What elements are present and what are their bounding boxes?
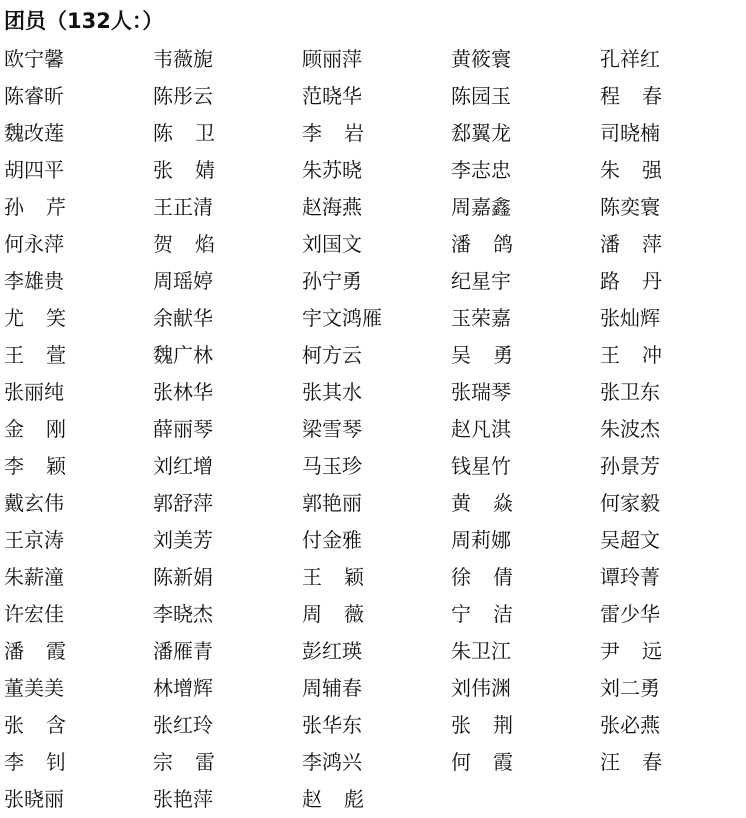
member-name: 许宏佳 (4, 596, 66, 633)
member-name: 余献华 (153, 300, 215, 337)
name-character: 焱 (493, 485, 513, 522)
member-name: 梁雪琴 (302, 411, 364, 448)
member-name: 陈睿昕 (4, 78, 66, 115)
member-name: 孙芹 (4, 189, 66, 226)
name-character: 雷 (195, 744, 215, 781)
name-character: 婧 (195, 152, 215, 189)
member-name: 周薇 (302, 596, 364, 633)
member-name: 朱薪潼 (4, 559, 66, 596)
name-character: 潘 (600, 226, 620, 263)
member-name: 宁洁 (451, 596, 513, 633)
member-name: 黄筱寰 (451, 41, 513, 78)
member-name: 钱星竹 (451, 448, 513, 485)
member-name: 金刚 (4, 411, 66, 448)
name-character: 霞 (493, 744, 513, 781)
member-name: 张婧 (153, 152, 215, 189)
name-character: 汪 (600, 744, 620, 781)
member-name: 王颖 (302, 559, 364, 596)
member-name: 王萱 (4, 337, 66, 374)
name-character: 鸽 (493, 226, 513, 263)
member-name: 潘霞 (4, 633, 66, 670)
member-name: 张含 (4, 707, 66, 744)
member-name: 程春 (600, 78, 662, 115)
name-character: 朱 (600, 152, 620, 189)
member-name: 周辅春 (302, 670, 364, 707)
member-name: 戴玄伟 (4, 485, 66, 522)
name-character: 王 (600, 337, 620, 374)
member-name: 马玉珍 (302, 448, 364, 485)
member-name: 汪春 (600, 744, 662, 781)
member-name: 朱波杰 (600, 411, 662, 448)
member-name: 赵海燕 (302, 189, 364, 226)
member-name: 陈奕寰 (600, 189, 662, 226)
member-name: 李钊 (4, 744, 66, 781)
member-name: 王京涛 (4, 522, 66, 559)
name-character: 焰 (195, 226, 215, 263)
member-name: 路丹 (600, 263, 662, 300)
member-name: 张必燕 (600, 707, 662, 744)
member-name: 陈彤云 (153, 78, 215, 115)
member-name: 张华东 (302, 707, 364, 744)
member-name: 张灿辉 (600, 300, 662, 337)
name-character: 尹 (600, 633, 620, 670)
member-name: 刘二勇 (600, 670, 662, 707)
member-name: 魏广林 (153, 337, 215, 374)
member-name: 宇文鸿雁 (302, 300, 451, 337)
name-character: 春 (642, 744, 662, 781)
member-name: 黄焱 (451, 485, 513, 522)
name-character: 张 (4, 707, 24, 744)
name-character: 含 (46, 707, 66, 744)
member-name: 潘雁青 (153, 633, 215, 670)
name-character: 洁 (493, 596, 513, 633)
member-name: 王冲 (600, 337, 662, 374)
member-name: 付金雅 (302, 522, 364, 559)
member-name: 魏改莲 (4, 115, 66, 152)
member-name: 刘红增 (153, 448, 215, 485)
member-name: 周瑶婷 (153, 263, 215, 300)
member-name: 雷少华 (600, 596, 662, 633)
member-name: 张荆 (451, 707, 513, 744)
name-character: 远 (642, 633, 662, 670)
member-name: 尤笑 (4, 300, 66, 337)
name-character: 李 (4, 744, 24, 781)
member-name: 陈新娟 (153, 559, 215, 596)
member-name: 刘美芳 (153, 522, 215, 559)
name-character: 王 (4, 337, 24, 374)
member-name: 韦薇旎 (153, 41, 215, 78)
name-character: 贺 (153, 226, 173, 263)
member-name: 李颖 (4, 448, 66, 485)
member-name: 李岩 (302, 115, 364, 152)
name-character: 程 (600, 78, 620, 115)
name-character: 金 (4, 411, 24, 448)
name-character: 张 (451, 707, 471, 744)
member-name: 张红玲 (153, 707, 215, 744)
member-name: 郭舒萍 (153, 485, 215, 522)
member-name: 张其水 (302, 374, 364, 411)
member-name: 郄翼龙 (451, 115, 513, 152)
name-character: 颖 (344, 559, 364, 596)
member-name: 朱卫江 (451, 633, 513, 670)
name-character: 赵 (302, 781, 322, 818)
member-name: 潘鸽 (451, 226, 513, 263)
member-name: 郭艳丽 (302, 485, 364, 522)
member-name: 吴勇 (451, 337, 513, 374)
member-name: 张晓丽 (4, 781, 66, 818)
member-name: 周莉娜 (451, 522, 513, 559)
name-character: 彪 (344, 781, 364, 818)
member-name: 林增辉 (153, 670, 215, 707)
name-character: 潘 (451, 226, 471, 263)
name-character: 宁 (451, 596, 471, 633)
member-name: 张卫东 (600, 374, 662, 411)
member-name: 尹远 (600, 633, 662, 670)
member-name: 张丽纯 (4, 374, 66, 411)
member-name: 何霞 (451, 744, 513, 781)
member-name: 徐倩 (451, 559, 513, 596)
member-name: 董美美 (4, 670, 66, 707)
name-character: 春 (642, 78, 662, 115)
name-character: 陈 (153, 115, 173, 152)
member-name: 欧宁馨 (4, 41, 66, 78)
name-character: 刚 (46, 411, 66, 448)
name-character: 李 (302, 115, 322, 152)
member-name: 何家毅 (600, 485, 662, 522)
name-character: 路 (600, 263, 620, 300)
member-name: 彭红瑛 (302, 633, 364, 670)
name-character: 强 (642, 152, 662, 189)
name-character: 张 (153, 152, 173, 189)
page-title: 团员（132人：） (4, 5, 163, 37)
member-name: 司晓楠 (600, 115, 662, 152)
name-character: 芹 (46, 189, 66, 226)
name-character: 薇 (344, 596, 364, 633)
member-name: 孙景芳 (600, 448, 662, 485)
member-name: 李鸿兴 (302, 744, 364, 781)
member-name-grid: 欧宁馨韦薇旎顾丽萍黄筱寰孔祥红陈睿昕陈彤云范晓华陈园玉程春魏改莲陈卫李岩郄翼龙司… (4, 41, 746, 818)
name-character: 萱 (46, 337, 66, 374)
member-name: 刘伟渊 (451, 670, 513, 707)
member-name: 张艳萍 (153, 781, 215, 818)
name-character: 李 (4, 448, 24, 485)
member-name: 宗雷 (153, 744, 215, 781)
name-character: 萍 (642, 226, 662, 263)
member-name: 张林华 (153, 374, 215, 411)
member-name: 刘国文 (302, 226, 364, 263)
member-name: 李晓杰 (153, 596, 215, 633)
name-character: 颖 (46, 448, 66, 485)
name-character: 吴 (451, 337, 471, 374)
name-character: 冲 (642, 337, 662, 374)
member-name: 陈园玉 (451, 78, 513, 115)
member-name: 孔祥红 (600, 41, 662, 78)
member-name: 陈卫 (153, 115, 215, 152)
name-character: 霞 (46, 633, 66, 670)
name-character: 何 (451, 744, 471, 781)
name-character: 宗 (153, 744, 173, 781)
name-character: 周 (302, 596, 322, 633)
name-character: 王 (302, 559, 322, 596)
member-name: 纪星宇 (451, 263, 513, 300)
name-character: 尤 (4, 300, 24, 337)
member-name: 孙宁勇 (302, 263, 364, 300)
member-name: 周嘉鑫 (451, 189, 513, 226)
member-name: 贺焰 (153, 226, 215, 263)
member-name: 何永萍 (4, 226, 66, 263)
name-character: 倩 (493, 559, 513, 596)
name-character: 孙 (4, 189, 24, 226)
member-name: 赵凡淇 (451, 411, 513, 448)
member-name: 胡四平 (4, 152, 66, 189)
name-character: 潘 (4, 633, 24, 670)
member-name: 吴超文 (600, 522, 662, 559)
member-name: 李志忠 (451, 152, 513, 189)
name-character: 黄 (451, 485, 471, 522)
member-name: 朱强 (600, 152, 662, 189)
name-character: 钊 (46, 744, 66, 781)
member-name: 玉荣嘉 (451, 300, 513, 337)
member-name: 赵彪 (302, 781, 364, 818)
member-name: 朱苏晓 (302, 152, 364, 189)
member-name: 范晓华 (302, 78, 364, 115)
name-character: 荆 (493, 707, 513, 744)
name-character: 丹 (642, 263, 662, 300)
member-name: 李雄贵 (4, 263, 66, 300)
name-character: 卫 (195, 115, 215, 152)
member-name: 王正清 (153, 189, 215, 226)
member-name: 薛丽琴 (153, 411, 215, 448)
member-name: 张瑞琴 (451, 374, 513, 411)
member-name: 谭玲菁 (600, 559, 662, 596)
name-character: 岩 (344, 115, 364, 152)
member-name: 顾丽萍 (302, 41, 364, 78)
member-name: 潘萍 (600, 226, 662, 263)
member-name: 柯方云 (302, 337, 364, 374)
name-character: 徐 (451, 559, 471, 596)
name-character: 勇 (493, 337, 513, 374)
name-character: 笑 (46, 300, 66, 337)
